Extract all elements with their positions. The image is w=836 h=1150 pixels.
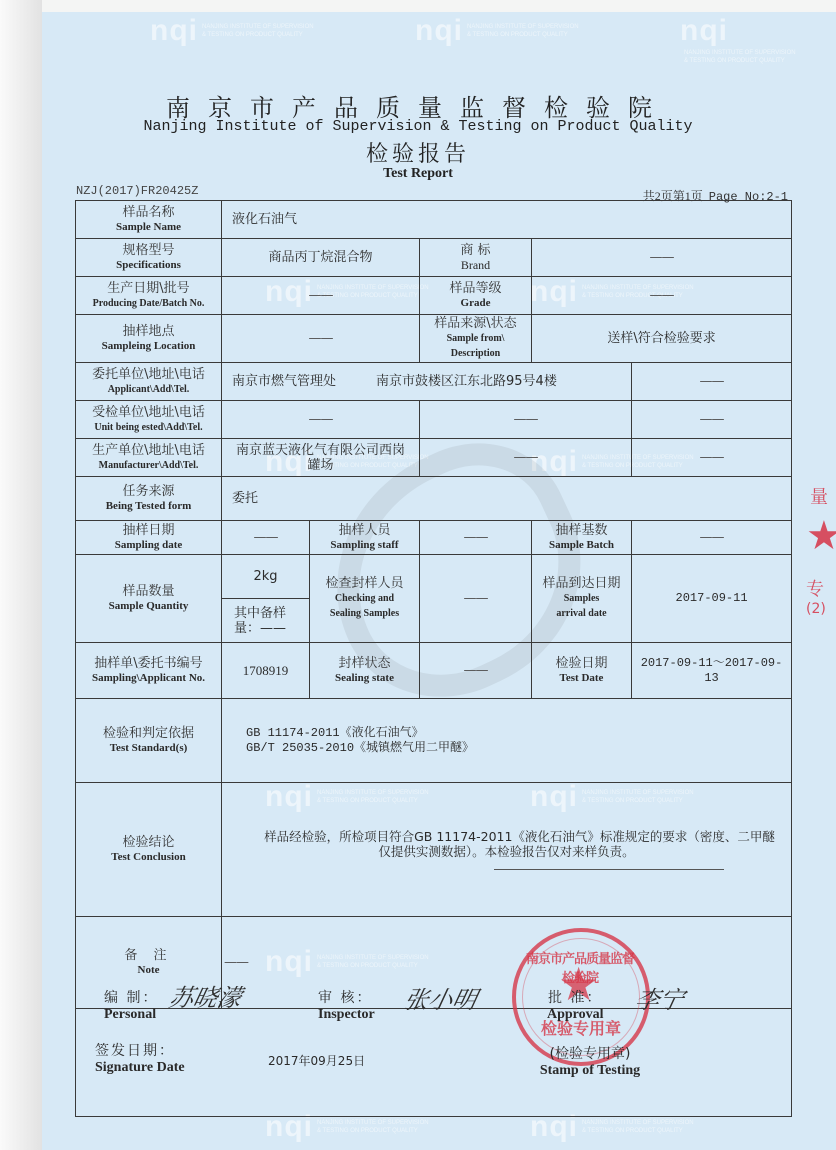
row-manufacturer: 生产单位\地址\电话Manufacturer\Add\Tel. 南京蓝天液化气有…	[76, 439, 792, 477]
row-applicant: 委托单位\地址\电话Applicant\Add\Tel. 南京市燃气管理处南京市…	[76, 363, 792, 401]
value-task-source: 委托	[222, 477, 792, 521]
label-producing-date: 生产日期\批号Producing Date/Batch No.	[76, 277, 222, 315]
value-manufacturer: 南京蓝天液化气有限公司西岗罐场	[222, 439, 420, 477]
value-note: ——	[222, 917, 792, 1009]
row-sampling: 抽样日期Sampling date —— 抽样人员Sampling staff …	[76, 521, 792, 555]
report-title-en: Test Report	[0, 166, 836, 182]
value-test-date: 2017-09-11～2017-09-13	[632, 643, 792, 699]
value-arrival-date: 2017-09-11	[632, 555, 792, 643]
report-title-cn: 检验报告	[0, 137, 836, 168]
label-sampling-staff: 抽样人员Sampling staff	[310, 521, 420, 555]
label-manufacturer: 生产单位\地址\电话Manufacturer\Add\Tel.	[76, 439, 222, 477]
label-brand: 商 标Brand	[420, 239, 532, 277]
row-sample-name: 样品名称Sample Name 液化石油气	[76, 201, 792, 239]
value-sampling-location: ——	[222, 315, 420, 363]
standard-item: GB/T 25035-2010《城镇燃气用二甲醚》	[246, 741, 789, 756]
value-applicant-no: 1708919	[222, 643, 310, 699]
value-unit-tested-tel: ——	[632, 401, 792, 439]
label-sample-name: 样品名称Sample Name	[76, 201, 222, 239]
row-sampling-location: 抽样地点Sampleing Location —— 样品来源\状态Sample …	[76, 315, 792, 363]
value-manufacturer-tel: ——	[632, 439, 792, 477]
row-conclusion: 检验结论Test Conclusion 样品经检验，所检项目符合GB 11174…	[76, 783, 792, 917]
value-conclusion: 样品经检验，所检项目符合GB 11174-2011《液化石油气》标准规定的要求（…	[222, 783, 792, 917]
label-test-date: 检验日期Test Date	[532, 643, 632, 699]
value-test-standards: GB 11174-2011《液化石油气》 GB/T 25035-2010《城镇燃…	[222, 699, 792, 783]
value-reserve-quantity: 其中备样量：——	[222, 599, 310, 643]
value-unit-tested: ——	[222, 401, 420, 439]
label-grade: 样品等级Grade	[420, 277, 532, 315]
row-specifications: 规格型号Specifications 商品丙丁烷混合物 商 标Brand ——	[76, 239, 792, 277]
conclusion-line: 仅提供实测数据）。本检验报告仅对来样负责。	[224, 844, 789, 859]
stamp-ring-text: 南京市产品质量监督检验院	[524, 948, 636, 986]
conclusion-underline	[494, 869, 724, 870]
label-sampling-date: 抽样日期Sampling date	[76, 521, 222, 555]
row-sample-quantity: 样品数量Sample Quantity 2kg 检查封样人员Checking a…	[76, 555, 792, 599]
label-sealing-state: 封样状态Sealing state	[310, 643, 420, 699]
value-sampling-staff: ——	[420, 521, 532, 555]
value-applicant: 南京市燃气管理处南京市鼓楼区江东北路95号4楼	[222, 363, 632, 401]
label-sample-quantity: 样品数量Sample Quantity	[76, 555, 222, 643]
value-unit-tested-address: ——	[420, 401, 632, 439]
row-task-source: 任务来源Being Tested form 委托	[76, 477, 792, 521]
stamp-caption: (检验专用章)Stamp of Testing	[530, 1043, 650, 1079]
label-test-standards: 检验和判定依据Test Standard(s)	[76, 699, 222, 783]
label-sample-from: 样品来源\状态Sample from\Description	[420, 315, 532, 363]
signature-date-value: 2017年09月25日	[268, 1052, 365, 1069]
report-number: NZJ(2017)FR20425Z	[76, 184, 198, 198]
label-unit-tested: 受检单位\地址\电话Unit being ested\Add\Tel.	[76, 401, 222, 439]
value-sample-name: 液化石油气	[222, 201, 792, 239]
value-sealing-state: ——	[420, 643, 532, 699]
inspector-label: 审 核：Inspector	[318, 987, 375, 1023]
value-brand: ——	[532, 239, 792, 277]
value-applicant-tel: ——	[632, 363, 792, 401]
edge-stamp-fragment: 量 ★ 专 (2)	[806, 465, 836, 635]
row-applicant-no: 抽样单\委托书编号Sampling\Applicant No. 1708919 …	[76, 643, 792, 699]
label-sampling-location: 抽样地点Sampleing Location	[76, 315, 222, 363]
label-checking-sealing: 检查封样人员Checking andSealing Samples	[310, 555, 420, 643]
approval-label: 批 准：Approval	[547, 987, 604, 1023]
label-applicant-no: 抽样单\委托书编号Sampling\Applicant No.	[76, 643, 222, 699]
signature-date-label: 签发日期：Signature Date	[95, 1040, 185, 1076]
value-producing-date: ——	[222, 277, 420, 315]
inspector-signature: 张小明	[401, 980, 480, 1015]
standard-item: GB 11174-2011《液化石油气》	[246, 726, 789, 741]
personal-signature: 苏晓濛	[166, 978, 245, 1013]
label-specifications: 规格型号Specifications	[76, 239, 222, 277]
label-arrival-date: 样品到达日期Samplesarrival date	[532, 555, 632, 643]
label-applicant: 委托单位\地址\电话Applicant\Add\Tel.	[76, 363, 222, 401]
value-specifications: 商品丙丁烷混合物	[222, 239, 420, 277]
value-sample-from: 送样\符合检验要求	[532, 315, 792, 363]
row-unit-tested: 受检单位\地址\电话Unit being ested\Add\Tel. —— —…	[76, 401, 792, 439]
value-sample-batch: ——	[632, 521, 792, 555]
row-test-standards: 检验和判定依据Test Standard(s) GB 11174-2011《液化…	[76, 699, 792, 783]
institute-title-en: Nanjing Institute of Supervision & Testi…	[0, 118, 836, 135]
personal-label: 编 制：Personal	[104, 987, 158, 1023]
row-producing-date: 生产日期\批号Producing Date/Batch No. —— 样品等级G…	[76, 277, 792, 315]
value-sampling-date: ——	[222, 521, 310, 555]
value-grade: ——	[532, 277, 792, 315]
approval-signature: 李宁	[632, 980, 687, 1015]
label-sample-batch: 抽样基数Sample Batch	[532, 521, 632, 555]
value-checking-sealing: ——	[420, 555, 532, 643]
label-task-source: 任务来源Being Tested form	[76, 477, 222, 521]
conclusion-line: 样品经检验，所检项目符合GB 11174-2011《液化石油气》标准规定的要求（…	[224, 829, 789, 844]
value-sample-quantity: 2kg	[222, 555, 310, 599]
label-conclusion: 检验结论Test Conclusion	[76, 783, 222, 917]
value-manufacturer-address: ——	[420, 439, 632, 477]
